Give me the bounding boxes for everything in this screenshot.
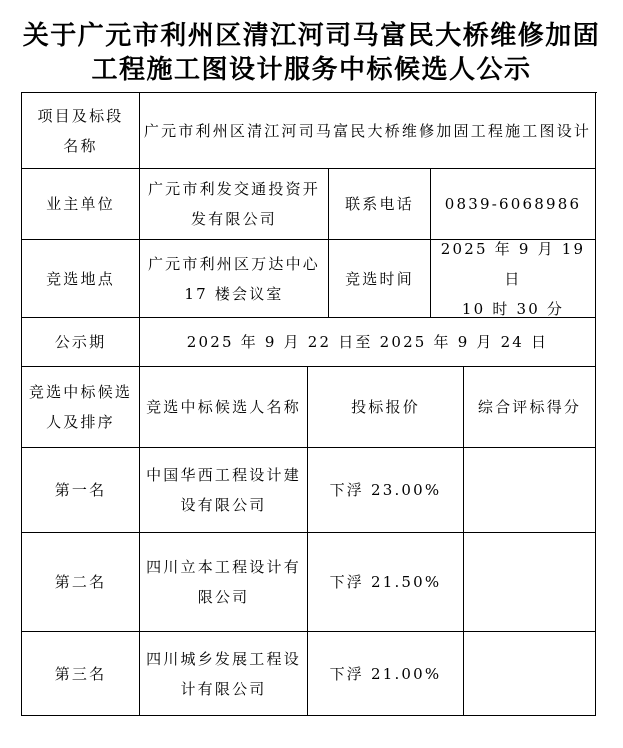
project-label: 项目及标段 名称 — [22, 93, 140, 169]
venue-value: 广元市利州区万达中心 17 楼会议室 — [140, 240, 329, 318]
header-price: 投标报价 — [308, 367, 464, 448]
candidate-price: 下浮 21.50% — [308, 533, 464, 632]
page-title-line-2: 工程施工图设计服务中标候选人公示 — [0, 53, 623, 87]
candidate-row-1: 第一名 中国华西工程设计建 设有限公司 下浮 23.00% — [22, 448, 597, 533]
candidate-name: 中国华西工程设计建 设有限公司 — [140, 448, 308, 533]
announcement-table: 项目及标段 名称 广元市利州区清江河司马富民大桥维修加固工程施工图设计 业主单位… — [21, 92, 597, 716]
candidate-rank: 第一名 — [22, 448, 140, 533]
page-title: 关于广元市利州区清江河司马富民大桥维修加固 工程施工图设计服务中标候选人公示 — [0, 19, 623, 87]
phone-label: 联系电话 — [329, 169, 431, 240]
candidate-row-2: 第二名 四川立本工程设计有 限公司 下浮 21.50% — [22, 533, 597, 632]
candidate-row-3: 第三名 四川城乡发展工程设 计有限公司 下浮 21.00% — [22, 632, 597, 716]
candidate-score — [464, 448, 596, 533]
venue-label: 竞选地点 — [22, 240, 140, 318]
header-name: 竞选中标候选人名称 — [140, 367, 308, 448]
header-rank: 竞选中标候选 人及排序 — [22, 367, 140, 448]
candidate-rank: 第二名 — [22, 533, 140, 632]
candidate-rank: 第三名 — [22, 632, 140, 716]
candidate-price: 下浮 21.00% — [308, 632, 464, 716]
phone-value: 0839-6068986 — [431, 169, 596, 240]
publicity-value: 2025 年 9 月 22 日至 2025 年 9 月 24 日 — [140, 318, 596, 367]
candidate-score — [464, 632, 596, 716]
header-score: 综合评标得分 — [464, 367, 596, 448]
time-value: 2025 年 9 月 19 日 10 时 30 分 — [431, 240, 596, 318]
info-row-owner: 业主单位 广元市利发交通投资开 发有限公司 联系电话 0839-6068986 — [22, 169, 597, 240]
candidate-name: 四川城乡发展工程设 计有限公司 — [140, 632, 308, 716]
owner-value: 广元市利发交通投资开 发有限公司 — [140, 169, 329, 240]
candidate-score — [464, 533, 596, 632]
info-row-venue: 竞选地点 广元市利州区万达中心 17 楼会议室 竞选时间 2025 年 9 月 … — [22, 240, 597, 318]
publicity-label: 公示期 — [22, 318, 140, 367]
info-row-publicity: 公示期 2025 年 9 月 22 日至 2025 年 9 月 24 日 — [22, 318, 597, 367]
candidates-header-row: 竞选中标候选 人及排序 竞选中标候选人名称 投标报价 综合评标得分 — [22, 367, 597, 448]
candidate-name: 四川立本工程设计有 限公司 — [140, 533, 308, 632]
info-row-project: 项目及标段 名称 广元市利州区清江河司马富民大桥维修加固工程施工图设计 — [22, 93, 597, 169]
page-title-line-1: 关于广元市利州区清江河司马富民大桥维修加固 — [0, 19, 623, 53]
time-label: 竞选时间 — [329, 240, 431, 318]
announcement-page: 关于广元市利州区清江河司马富民大桥维修加固 工程施工图设计服务中标候选人公示 项… — [0, 0, 623, 748]
project-value: 广元市利州区清江河司马富民大桥维修加固工程施工图设计 — [140, 93, 596, 169]
candidate-price: 下浮 23.00% — [308, 448, 464, 533]
owner-label: 业主单位 — [22, 169, 140, 240]
